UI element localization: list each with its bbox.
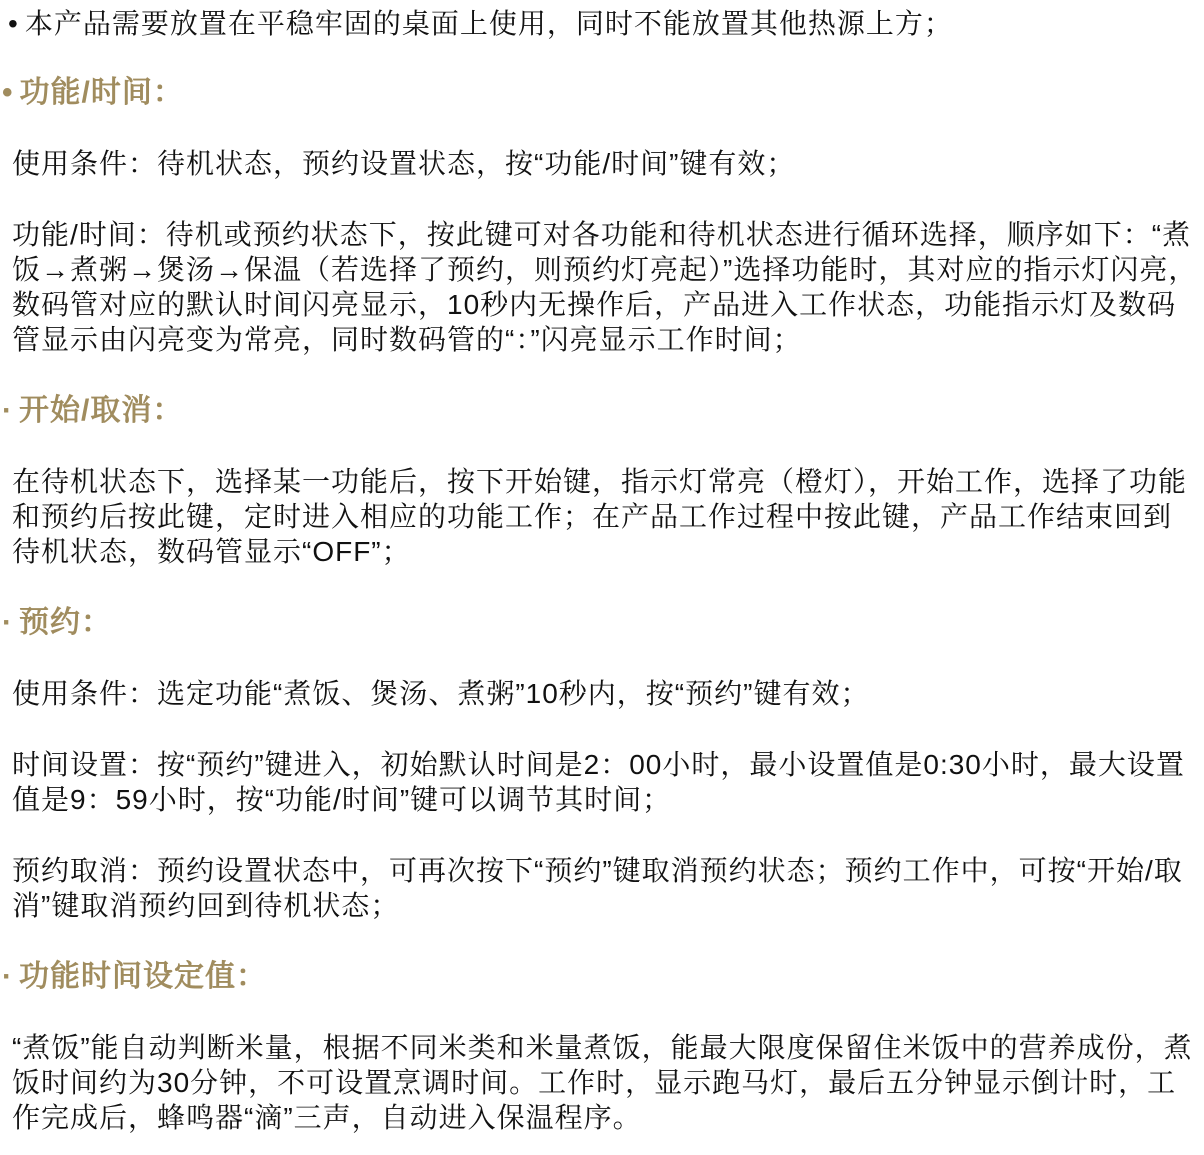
section-title: 功能/时间：	[20, 76, 184, 109]
bullet-icon: •	[2, 75, 14, 110]
manual-page: •本产品需要放置在平稳牢固的桌面上使用，同时不能放置其他热源上方； •功能/时间…	[0, 0, 1204, 1155]
intro-item: •本产品需要放置在平稳牢固的桌面上使用，同时不能放置其他热源上方；	[2, 6, 1200, 41]
body-paragraph: “煮饭”能自动判断米量，根据不同米类和米量煮饭，能最大限度保留住米饭中的营养成份…	[2, 1030, 1200, 1135]
section-title: 开始/取消：	[19, 394, 183, 427]
section-heading-reservation: ·预约：	[2, 605, 1200, 640]
body-paragraph: 时间设置：按“预约”键进入，初始默认时间是2：00小时，最小设置值是0:30小时…	[2, 747, 1200, 817]
section-reservation: ·预约： 使用条件：选定功能“煮饭、煲汤、煮粥”10秒内，按“预约”键有效； 时…	[2, 605, 1200, 923]
section-title: 功能时间设定值：	[19, 960, 267, 993]
body-paragraph: 预约取消：预约设置状态中，可再次按下“预约”键取消预约状态；预约工作中，可按“开…	[2, 853, 1200, 923]
section-start-cancel: ·开始/取消： 在待机状态下，选择某一功能后，按下开始键，指示灯常亮（橙灯），开…	[2, 393, 1200, 569]
section-heading-start-cancel: ·开始/取消：	[2, 393, 1200, 428]
body-paragraph: 使用条件：选定功能“煮饭、煲汤、煮粥”10秒内，按“预约”键有效；	[2, 676, 1200, 711]
bullet-icon: ·	[2, 393, 13, 428]
body-paragraph: 功能/时间：待机或预约状态下，按此键可对各功能和待机状态进行循环选择，顺序如下：…	[2, 217, 1200, 357]
section-title: 预约：	[19, 606, 112, 639]
section-function-time: •功能/时间： 使用条件：待机状态，预约设置状态，按“功能/时间”键有效； 功能…	[2, 75, 1200, 357]
bullet-icon: •	[8, 6, 19, 41]
section-heading-function-time: •功能/时间：	[2, 75, 1200, 110]
body-paragraph: 在待机状态下，选择某一功能后，按下开始键，指示灯常亮（橙灯），开始工作，选择了功…	[2, 464, 1200, 569]
section-heading-function-time-defaults: ·功能时间设定值：	[2, 959, 1200, 994]
section-function-time-defaults: ·功能时间设定值： “煮饭”能自动判断米量，根据不同米类和米量煮饭，能最大限度保…	[2, 959, 1200, 1135]
body-paragraph: 使用条件：待机状态，预约设置状态，按“功能/时间”键有效；	[2, 146, 1200, 181]
intro-text: 本产品需要放置在平稳牢固的桌面上使用，同时不能放置其他热源上方；	[25, 8, 953, 39]
bullet-icon: ·	[2, 959, 13, 994]
bullet-icon: ·	[2, 605, 13, 640]
